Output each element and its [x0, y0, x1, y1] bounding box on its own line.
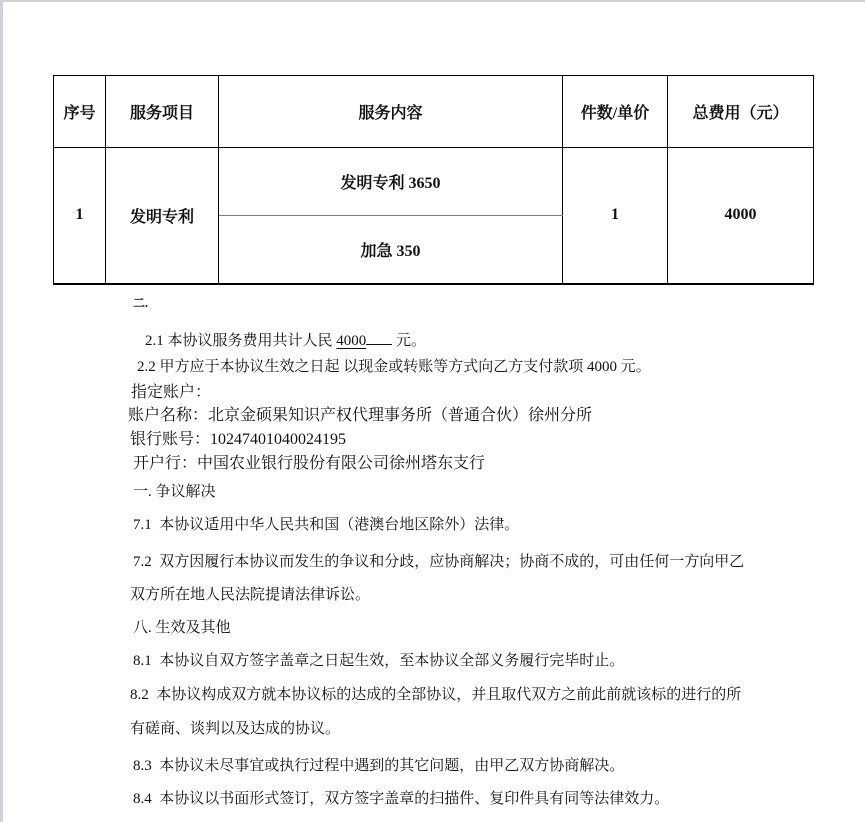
section-dispute-title: 一. 争议解决 — [133, 483, 216, 502]
account-name: 账户名称：北京金硕果知识产权代理事务所（普通合伙）徐州分所 — [128, 406, 592, 425]
designated-account-title: 指定账户： — [131, 383, 211, 402]
page-edge-top — [0, 0, 865, 2]
clause-2-2: 2.2 甲方应于本协议生效之日起 以现金或转账等方式向乙方支付款项 4000 元… — [137, 358, 651, 377]
service-fee-table: 序号 服务项目 服务内容 件数/单价 总费用（元） 1 发明专利 发明专利 36… — [53, 75, 814, 285]
page-edge-left — [0, 0, 3, 822]
clause-2-1: 2.1 本协议服务费用共计人民 4000 元。 — [145, 330, 426, 351]
fee-amount-underlined: 4000 — [336, 333, 366, 349]
cell-quantity: 1 — [563, 148, 668, 284]
blank-underline — [366, 330, 392, 345]
col-header-total-fee: 总费用（元） — [668, 76, 814, 148]
table-header-row: 序号 服务项目 服务内容 件数/单价 总费用（元） — [54, 76, 814, 148]
clause-7-2-line2: 双方所在地人民法院提请法律诉讼。 — [130, 586, 370, 605]
col-header-service-item: 服务项目 — [106, 76, 219, 148]
bank-account-number: 银行账号：10247401040024195 — [130, 430, 346, 449]
col-header-quantity-unit-price: 件数/单价 — [563, 76, 668, 148]
cell-service-item: 发明专利 — [106, 148, 219, 284]
clause-8-4: 8.4 本协议以书面形式签订，双方签字盖章的扫描件、复印件具有同等法律效力。 — [133, 790, 669, 809]
clause-8-3: 8.3 本协议未尽事宜或执行过程中遇到的其它问题，由甲乙双方协商解决。 — [133, 757, 624, 776]
clause-7-1: 7.1 本协议适用中华人民共和国（港澳台地区除外）法律。 — [133, 516, 519, 535]
clause-8-2-line2: 有磋商、谈判以及达成的协议。 — [130, 720, 340, 739]
clause-8-2-line1: 8.2 本协议构成双方就本协议标的达成的全部协议，并且取代双方之前此前就该标的进… — [130, 686, 741, 705]
clause-8-1: 8.1 本协议自双方签字盖章之日起生效，至本协议全部义务履行完毕时止。 — [133, 652, 624, 671]
section-effectiveness-title: 八. 生效及其他 — [133, 619, 231, 638]
section-2-label: 二. — [133, 294, 148, 313]
clause-2-1-suffix: 元。 — [392, 333, 426, 349]
clause-2-1-prefix: 2.1 本协议服务费用共计人民 — [145, 333, 336, 349]
cell-total-fee: 4000 — [668, 148, 814, 284]
table-row-top: 1 发明专利 发明专利 3650 1 4000 — [54, 148, 814, 216]
col-header-index: 序号 — [54, 76, 106, 148]
clause-7-2-line1: 7.2 双方因履行本协议而发生的争议和分歧，应协商解决；协商不成的，可由任何一方… — [133, 553, 744, 572]
col-header-service-content: 服务内容 — [219, 76, 563, 148]
bank-branch: 开户行：中国农业银行股份有限公司徐州塔东支行 — [133, 454, 485, 473]
cell-service-content-bottom: 加急 350 — [219, 216, 563, 284]
document-page: 序号 服务项目 服务内容 件数/单价 总费用（元） 1 发明专利 发明专利 36… — [0, 0, 865, 822]
cell-row-index: 1 — [54, 148, 106, 284]
cell-service-content-top: 发明专利 3650 — [219, 148, 563, 216]
